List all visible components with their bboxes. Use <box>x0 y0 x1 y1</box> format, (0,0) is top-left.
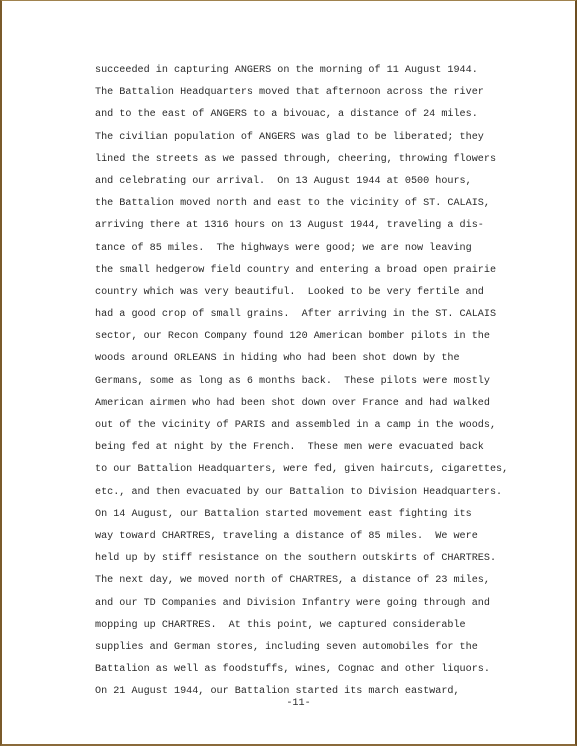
text-line: The Battalion Headquarters moved that af… <box>95 82 508 104</box>
text-line: to our Battalion Headquarters, were fed,… <box>95 459 508 481</box>
text-line: lined the streets as we passed through, … <box>95 149 508 171</box>
text-line: sector, our Recon Company found 120 Amer… <box>95 326 508 348</box>
text-line: and to the east of ANGERS to a bivouac, … <box>95 104 508 126</box>
text-line: had a good crop of small grains. After a… <box>95 304 508 326</box>
text-line: woods around ORLEANS in hiding who had b… <box>95 348 508 370</box>
text-line: country which was very beautiful. Looked… <box>95 282 508 304</box>
text-line: arriving there at 1316 hours on 13 Augus… <box>95 215 508 237</box>
body-text: succeeded in capturing ANGERS on the mor… <box>95 60 508 703</box>
text-line: On 14 August, our Battalion started move… <box>95 504 508 526</box>
text-line: and our TD Companies and Division Infant… <box>95 593 508 615</box>
text-line: supplies and German stores, including se… <box>95 637 508 659</box>
text-line: the Battalion moved north and east to th… <box>95 193 508 215</box>
text-line: etc., and then evacuated by our Battalio… <box>95 482 508 504</box>
text-line: mopping up CHARTRES. At this point, we c… <box>95 615 508 637</box>
text-line: Germans, some as long as 6 months back. … <box>95 371 508 393</box>
page-number: -11- <box>2 698 575 709</box>
text-line: Battalion as well as foodstuffs, wines, … <box>95 659 508 681</box>
text-line: American airmen who had been shot down o… <box>95 393 508 415</box>
document-page: succeeded in capturing ANGERS on the mor… <box>0 0 577 746</box>
text-line: The civilian population of ANGERS was gl… <box>95 127 508 149</box>
text-line: and celebrating our arrival. On 13 Augus… <box>95 171 508 193</box>
text-line: succeeded in capturing ANGERS on the mor… <box>95 60 508 82</box>
text-line: being fed at night by the French. These … <box>95 437 508 459</box>
text-line: The next day, we moved north of CHARTRES… <box>95 570 508 592</box>
text-line: out of the vicinity of PARIS and assembl… <box>95 415 508 437</box>
text-line: the small hedgerow field country and ent… <box>95 260 508 282</box>
text-line: held up by stiff resistance on the south… <box>95 548 508 570</box>
text-line: way toward CHARTRES, traveling a distanc… <box>95 526 508 548</box>
text-line: tance of 85 miles. The highways were goo… <box>95 238 508 260</box>
